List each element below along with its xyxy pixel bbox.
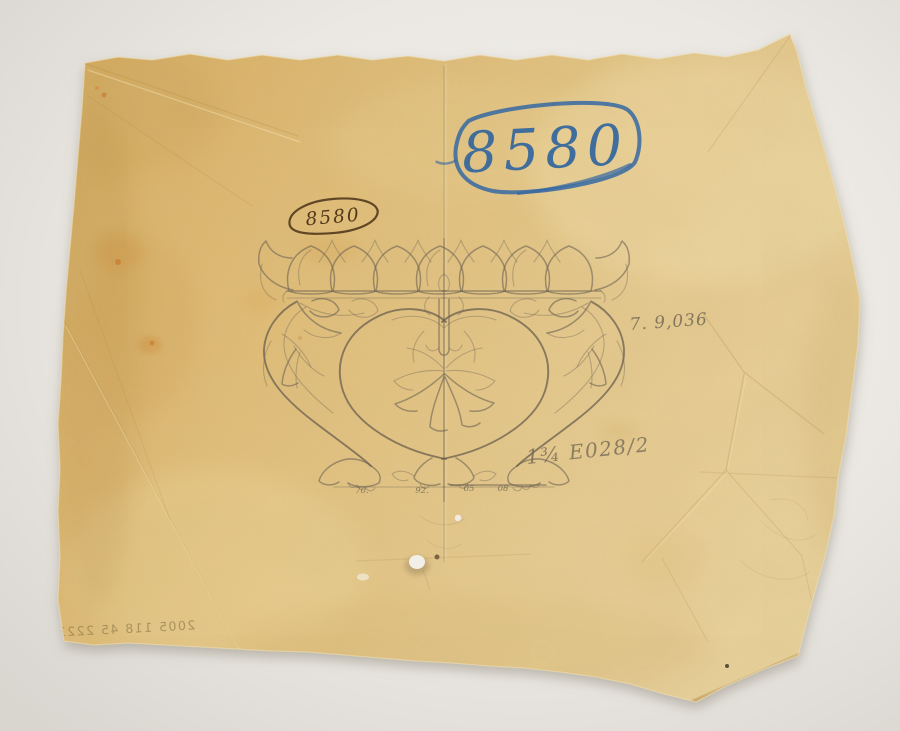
blue-stamp-number: 8580 [460,113,630,187]
scene: 8580 8580 7. 9,036 1¾ E028/2 70. 92. 05 … [0,0,900,731]
photograph-of-archival-drawing: 8580 8580 7. 9,036 1¾ E028/2 70. 92. 05 … [0,0,900,731]
foot-mark: 70. [355,486,369,496]
foot-mark: 92. [415,486,429,496]
foot-mark: 08 [498,484,509,494]
foot-mark: 05 [464,484,475,494]
paper-sheet: 8580 8580 7. 9,036 1¾ E028/2 70. 92. 05 … [40,25,885,715]
